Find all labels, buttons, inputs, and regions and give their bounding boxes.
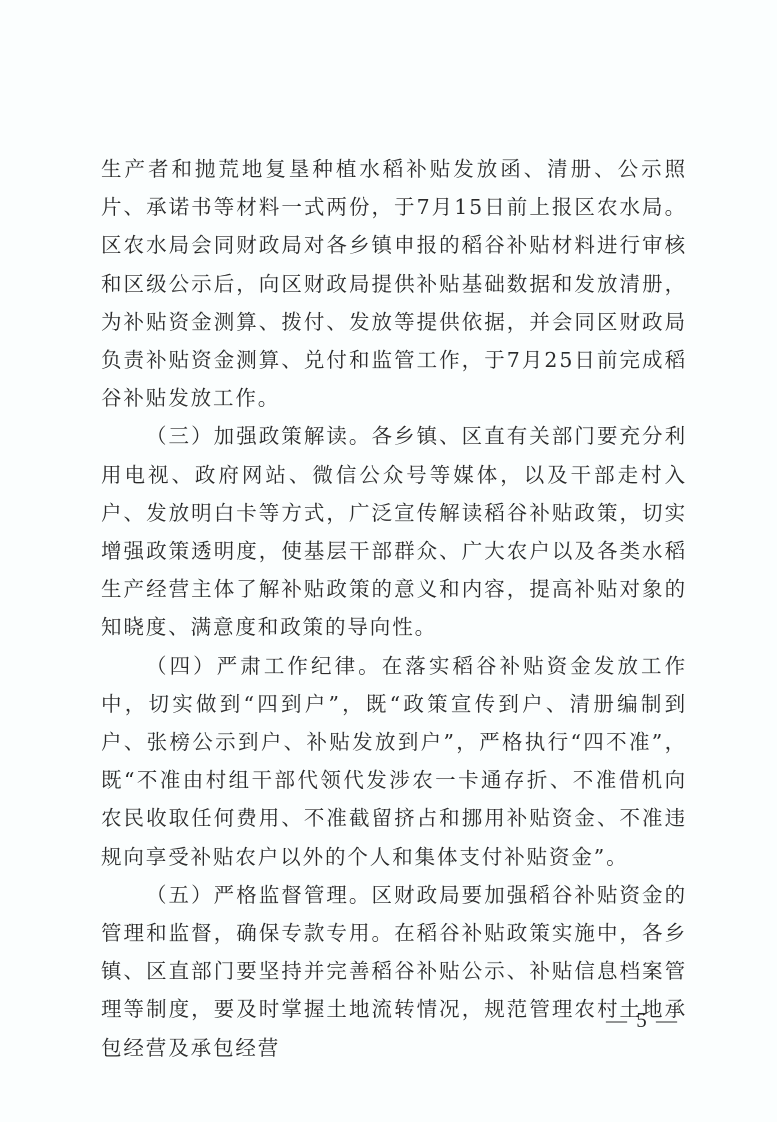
paragraph-section-3-policy-interpretation: （三）加强政策解读。各乡镇、区直有关部门要充分利用电视、政府网站、微信公众号等媒…	[101, 417, 687, 646]
page-number: — 5 —	[606, 1008, 679, 1033]
document-page: 生产者和抛荒地复垦种植水稻补贴发放函、清册、公示照片、承诺书等材料一式两份，于7…	[101, 150, 687, 1067]
paragraph-section-5-supervision: （五）严格监督管理。区财政局要加强稻谷补贴资金的管理和监督，确保专款专用。在稻谷…	[101, 876, 687, 1067]
paragraph-continuation: 生产者和抛荒地复垦种植水稻补贴发放函、清册、公示照片、承诺书等材料一式两份，于7…	[101, 150, 687, 417]
paragraph-section-4-work-discipline: （四）严肃工作纪律。在落实稻谷补贴资金发放工作中，切实做到“四到户”，既“政策宣…	[101, 647, 687, 876]
